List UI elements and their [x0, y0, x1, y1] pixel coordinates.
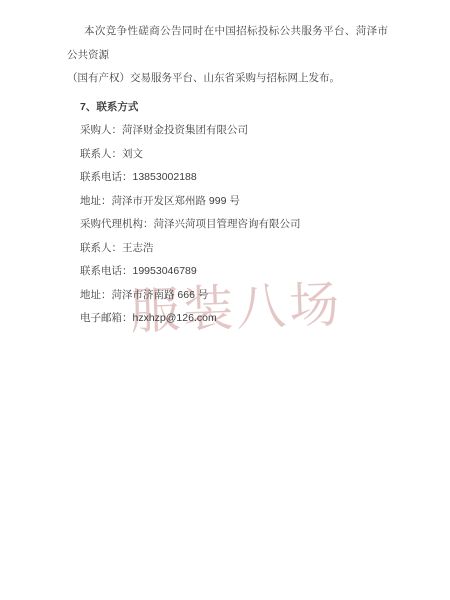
- contact-label: 联系电话：: [80, 265, 133, 277]
- contact-value: 13853002188: [133, 171, 197, 183]
- contact-label: 联系人：: [80, 148, 122, 160]
- contact-line-purchaser-person: 联系人：刘文: [80, 143, 388, 167]
- intro-paragraph-line-2: （国有产权）交易服务平台、山东省采购与招标网上发布。: [67, 67, 388, 91]
- intro-paragraph-line-1: 本次竞争性磋商公告同时在中国招标投标公共服务平台、菏泽市公共资源: [67, 20, 388, 67]
- contact-line-agency-address: 地址：菏泽市济南路 666 号: [80, 284, 388, 308]
- contact-label: 地址：: [80, 195, 112, 207]
- contact-value: 菏泽财金投资集团有限公司: [122, 124, 248, 136]
- contact-value: 王志浩: [122, 242, 154, 254]
- contact-value: 19953046789: [133, 265, 197, 277]
- contact-label: 采购代理机构：: [80, 218, 154, 230]
- contact-label: 采购人：: [80, 124, 122, 136]
- contact-line-purchaser-phone: 联系电话：13853002188: [80, 166, 388, 190]
- contact-value: 菏泽市开发区郑州路 999 号: [112, 195, 240, 207]
- contact-value: 刘文: [122, 148, 143, 160]
- contact-value: 菏泽市济南路 666 号: [112, 289, 209, 301]
- contact-line-agency-phone: 联系电话：19953046789: [80, 260, 388, 284]
- contact-line-purchaser-address: 地址：菏泽市开发区郑州路 999 号: [80, 190, 388, 214]
- contact-line-agency-email: 电子邮箱：hzxhzp@126.com: [80, 307, 388, 331]
- section-heading-contact-info: 7、联系方式: [80, 96, 388, 120]
- contact-label: 联系人：: [80, 242, 122, 254]
- contact-label: 地址：: [80, 289, 112, 301]
- contact-value: hzxhzp@126.com: [133, 312, 217, 324]
- document-content: 本次竞争性磋商公告同时在中国招标投标公共服务平台、菏泽市公共资源 （国有产权）交…: [67, 20, 388, 331]
- contact-line-agency: 采购代理机构：菏泽兴菏项目管理咨询有限公司: [80, 213, 388, 237]
- document-page: 服装八场 本次竞争性磋商公告同时在中国招标投标公共服务平台、菏泽市公共资源 （国…: [0, 0, 450, 600]
- contact-value: 菏泽兴菏项目管理咨询有限公司: [154, 218, 301, 230]
- contact-line-purchaser: 采购人：菏泽财金投资集团有限公司: [80, 119, 388, 143]
- contact-line-agency-person: 联系人：王志浩: [80, 237, 388, 261]
- contact-label: 电子邮箱：: [80, 312, 133, 324]
- contact-label: 联系电话：: [80, 171, 133, 183]
